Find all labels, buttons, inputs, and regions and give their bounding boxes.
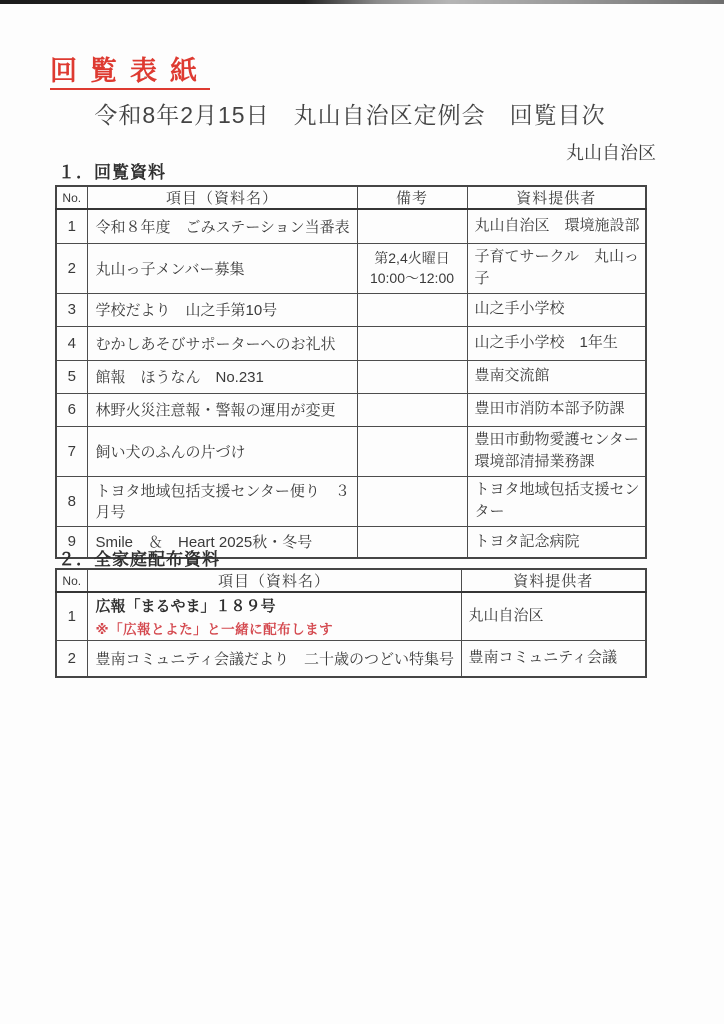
item-provider: 山之手小学校 [467,293,646,326]
circulation-materials-table: No. 項目（資料名） 備考 資料提供者 1 令和８年度 ごみステーション当番表… [55,185,647,559]
table-row: 4 むかしあそびサポーターへのお礼状 山之手小学校 1年生 [56,326,646,360]
row-number: 7 [56,426,87,476]
row-number: 3 [56,293,87,326]
column-header-no: No. [56,569,87,592]
item-name: 丸山っ子メンバー募集 [87,243,357,293]
row-number: 2 [56,243,87,293]
item-note [357,360,467,393]
item-note [357,526,467,558]
column-header-no: No. [56,186,87,209]
table-header-row: No. 項目（資料名） 資料提供者 [56,569,646,592]
column-header-note: 備考 [357,186,467,209]
row-number: 1 [56,209,87,243]
table-row: 8 トヨタ地域包括支援センター便り ３月号 トヨタ地域包括支援センター [56,476,646,526]
column-header-provider: 資料提供者 [461,569,646,592]
item-name: 館報 ほうなん No.231 [87,360,357,393]
item-provider: 丸山自治区 環境施設部 [467,209,646,243]
section2-heading: ２．全家庭配布資料 [58,545,220,570]
item-name: 豊南コミュニティ会議だより 二十歳のつどい特集号 [87,641,461,677]
item-provider: 豊田市消防本部予防課 [467,393,646,426]
item-name: 学校だより 山之手第10号 [87,293,357,326]
table-row: 1 令和８年度 ごみステーション当番表 丸山自治区 環境施設部 [56,209,646,243]
table-row: 3 学校だより 山之手第10号 山之手小学校 [56,293,646,326]
item-name: 広報「まるやま」１８９号 [96,598,276,615]
table-header-row: No. 項目（資料名） 備考 資料提供者 [56,186,646,209]
item-provider: 山之手小学校 1年生 [467,326,646,360]
section1-heading: １．回覧資料 [58,158,166,183]
item-note: 第2,4火曜日 10:00～12:00 [357,243,467,293]
item-name: 林野火災注意報・警報の運用が変更 [87,393,357,426]
item-note [357,293,467,326]
item-note [357,476,467,526]
row-number: 5 [56,360,87,393]
item-note [357,426,467,476]
meeting-date-line: 令和8年2月15日 丸山自治区定例会 回覧目次 [0,97,700,130]
organization-name: 丸山自治区 [566,139,656,165]
distribution-red-note: ※「広報とよた」と一緒に配布します [96,618,455,638]
item-provider: トヨタ記念病院 [467,526,646,558]
item-provider: 丸山自治区 [461,592,646,641]
item-provider: 豊南コミュニティ会議 [461,641,646,677]
item-note [357,326,467,360]
item-provider: 豊南交流館 [467,360,646,393]
table-row: 7 飼い犬のふんの片づけ 豊田市動物愛護センター 環境部清掃業務課 [56,426,646,476]
scanned-document-page: 回覧表紙 令和8年2月15日 丸山自治区定例会 回覧目次 丸山自治区 １．回覧資… [0,0,724,1024]
household-distribution-table: No. 項目（資料名） 資料提供者 1 広報「まるやま」１８９号 ※「広報とよた… [55,568,647,678]
table-row: 2 豊南コミュニティ会議だより 二十歳のつどい特集号 豊南コミュニティ会議 [56,641,646,677]
item-name: トヨタ地域包括支援センター便り ３月号 [87,476,357,526]
scan-edge-artifact [0,0,724,4]
row-number: 1 [56,592,87,641]
row-number: 8 [56,476,87,526]
row-number: 2 [56,641,87,677]
column-header-provider: 資料提供者 [467,186,646,209]
column-header-item: 項目（資料名） [87,186,357,209]
item-provider: 豊田市動物愛護センター 環境部清掃業務課 [467,426,646,476]
item-note [357,209,467,243]
column-header-item: 項目（資料名） [87,569,461,592]
item-name: 令和８年度 ごみステーション当番表 [87,209,357,243]
table-row: 1 広報「まるやま」１８９号 ※「広報とよた」と一緒に配布します 丸山自治区 [56,592,646,641]
row-number: 4 [56,326,87,360]
table-row: 2 丸山っ子メンバー募集 第2,4火曜日 10:00～12:00 子育てサークル… [56,243,646,293]
document-title: 回覧表紙 [50,57,210,90]
item-name: 飼い犬のふんの片づけ [87,426,357,476]
table-row: 6 林野火災注意報・警報の運用が変更 豊田市消防本部予防課 [56,393,646,426]
item-name: むかしあそびサポーターへのお礼状 [87,326,357,360]
item-note [357,393,467,426]
item-provider: トヨタ地域包括支援センター [467,476,646,526]
item-provider: 子育てサークル 丸山っ子 [467,243,646,293]
table-row: 5 館報 ほうなん No.231 豊南交流館 [56,360,646,393]
row-number: 6 [56,393,87,426]
